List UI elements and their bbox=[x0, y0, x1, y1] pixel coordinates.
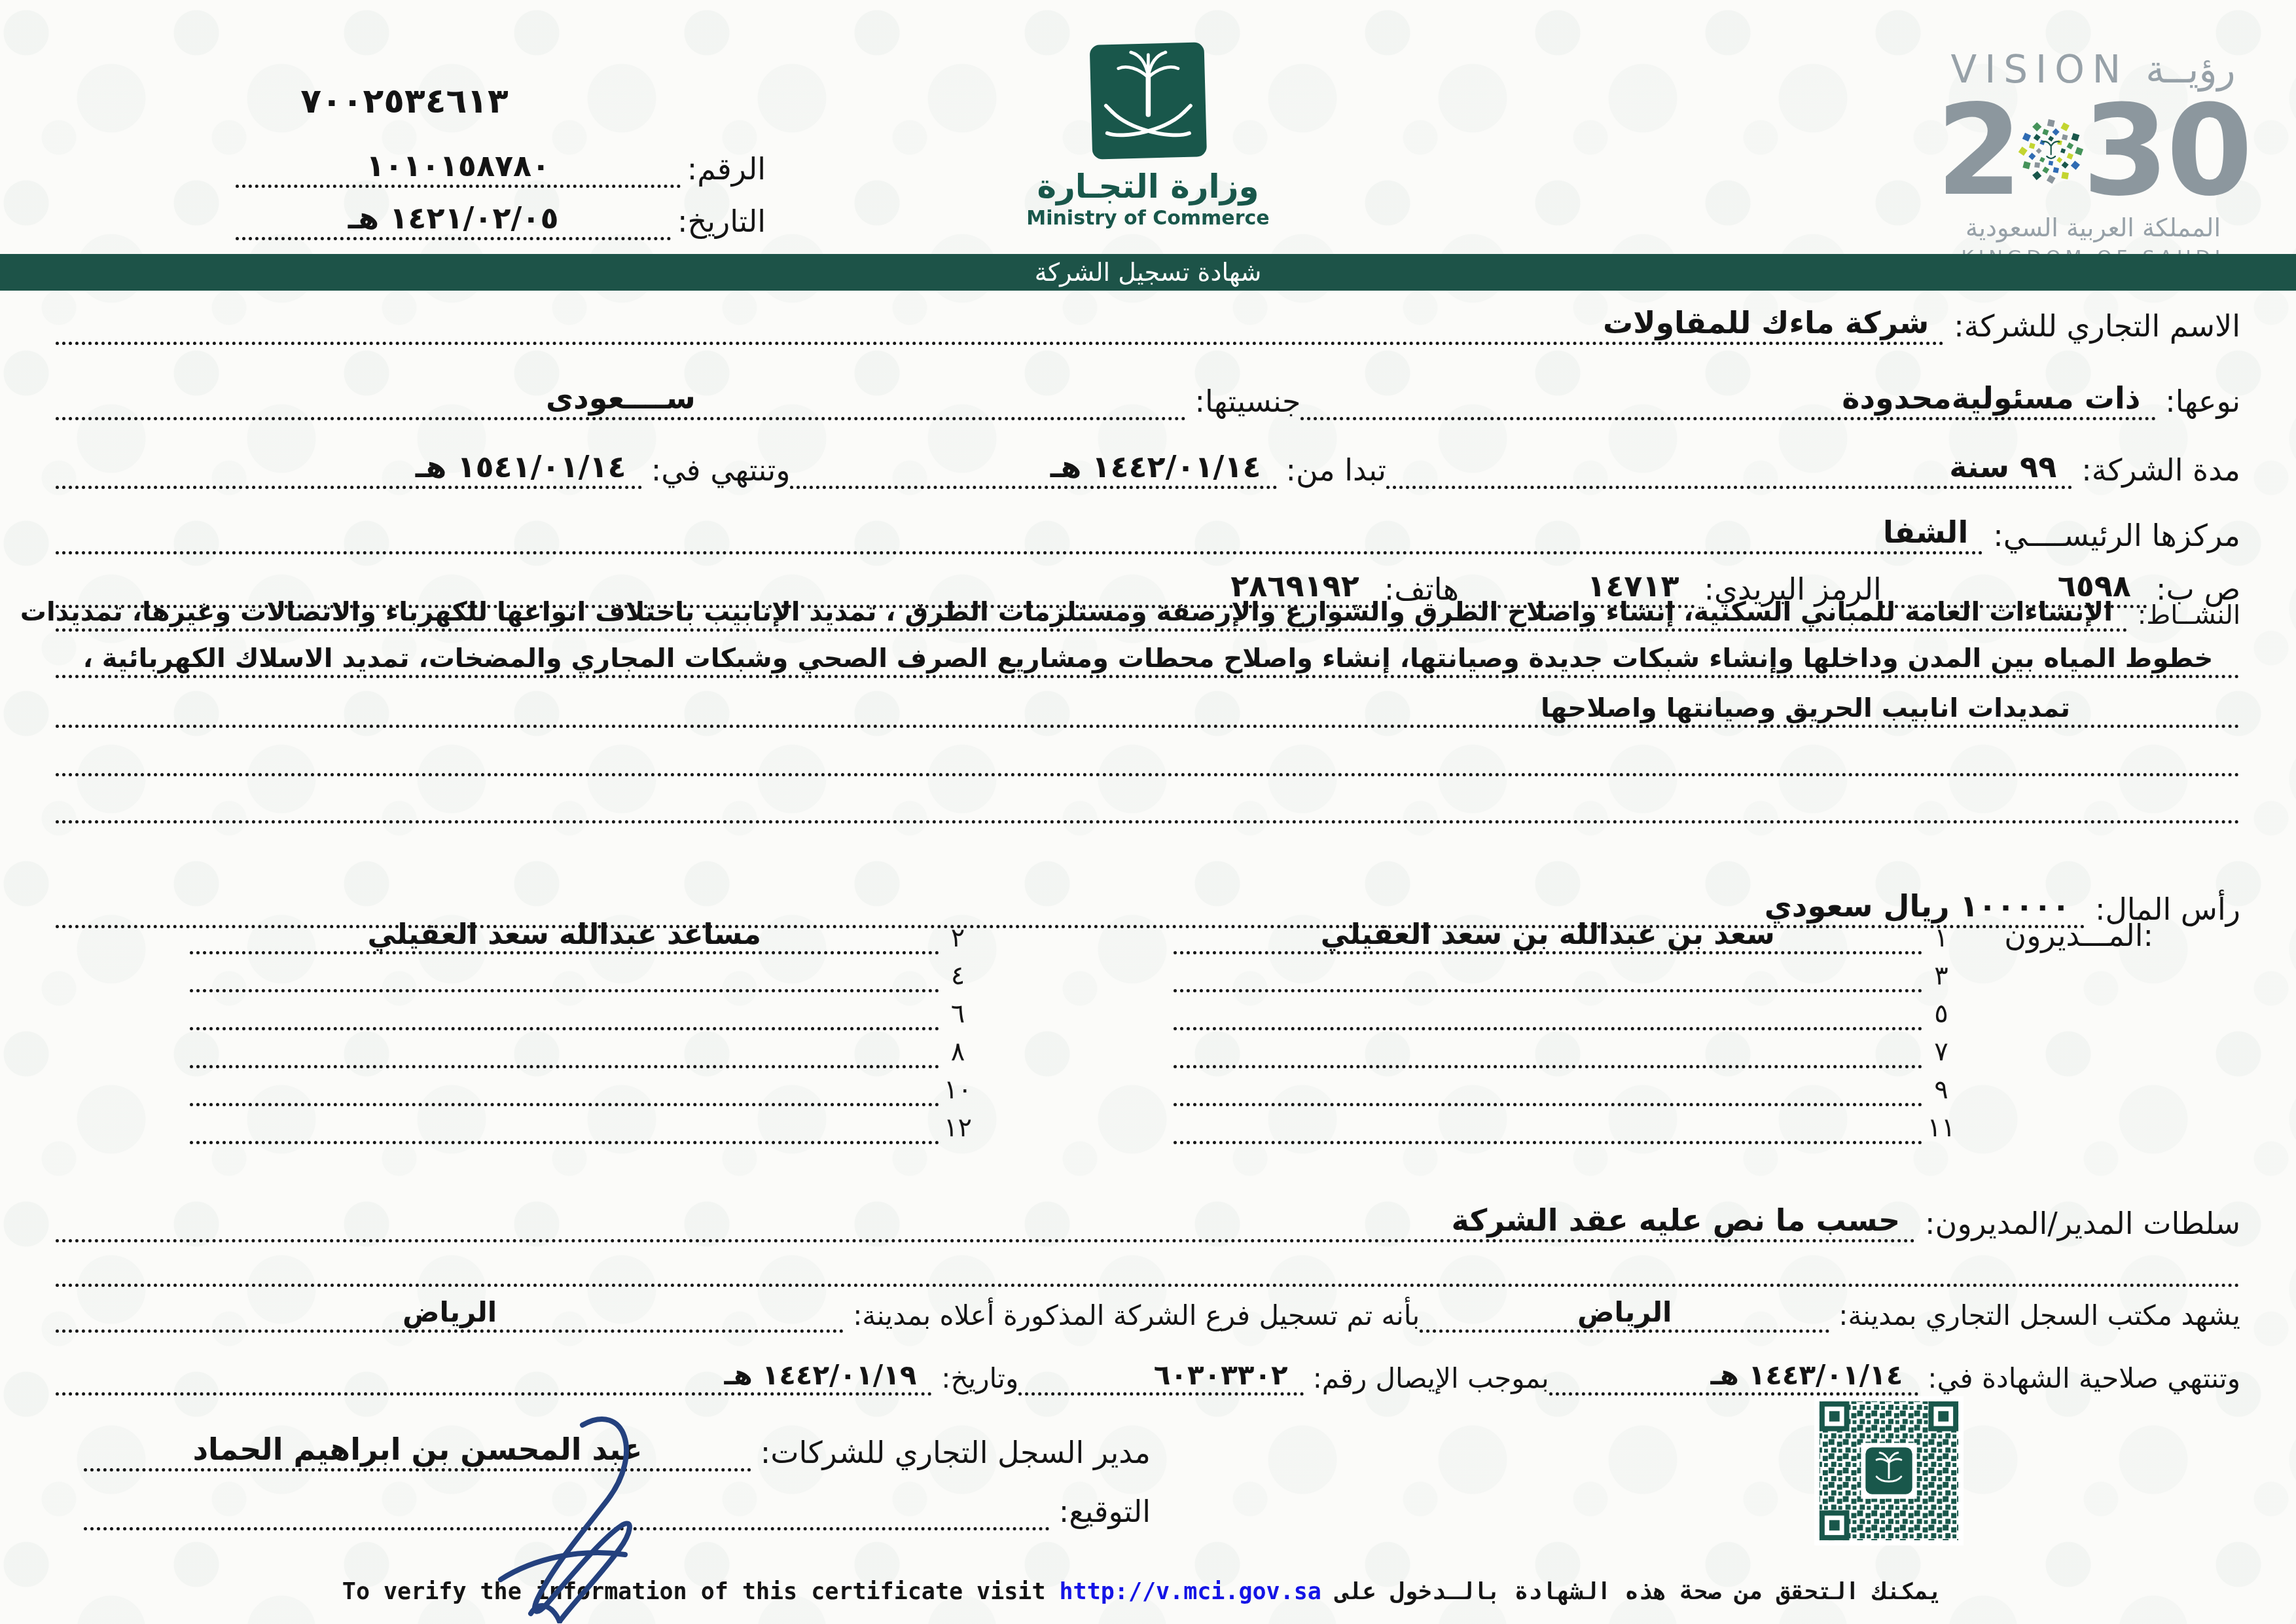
manager-name-field: سعد بن عبدالله بن سعد العقيلي bbox=[1174, 918, 1923, 954]
start-date-field: ١٤٤٢/٠١/١٤ هـ bbox=[790, 449, 1276, 489]
type-nationality-row: نوعها: ذات مسئوليةمحدودة جنسيتها: ســــع… bbox=[56, 372, 2240, 420]
duration-field: ٩٩ سنة bbox=[1386, 449, 2072, 489]
receipt-number-label: بموجب الإيصال رقم: bbox=[1304, 1362, 1549, 1396]
receipt-date-label: وتاريخ: bbox=[932, 1362, 1018, 1396]
branch-city: الرياض bbox=[403, 1296, 497, 1328]
manager-name-field bbox=[1174, 989, 1923, 992]
trade-name-field: شركة ماءك للمقاولات bbox=[56, 305, 1945, 345]
registry-office-label: يشهد مكتب السجل التجاري بمدينة: bbox=[1829, 1299, 2240, 1333]
nationality-field: ســــعودى bbox=[56, 380, 1186, 420]
ministry-name-arabic: وزارة التجـارة bbox=[1026, 168, 1269, 206]
managers-label: المـــديرون: bbox=[2004, 918, 2153, 953]
certificate-top-number: ٧٠٠٢٥٣٤٦١٣ bbox=[287, 82, 522, 121]
manager-number: ٧ bbox=[1922, 1037, 1960, 1068]
nationality-label: جنسيتها: bbox=[1186, 384, 1301, 420]
record-date-label: التاريخ: bbox=[671, 204, 766, 240]
manager-name-field bbox=[190, 1141, 939, 1144]
activity-row-2: خطوط المياه بين المدن وداخلها وإنشاء شبك… bbox=[56, 640, 2240, 678]
kingdom-name-arabic: المملكة العربية السعودية bbox=[1936, 213, 2250, 242]
manager-number: ٥ bbox=[1922, 999, 1960, 1030]
expiry-field: ١٤٤٣/٠١/١٤ هـ bbox=[1549, 1359, 1919, 1396]
ministry-name-english: Ministry of Commerce bbox=[1026, 207, 1269, 230]
managers-row: ٥ ٦ bbox=[190, 992, 1960, 1030]
dotted-line bbox=[56, 1282, 2240, 1287]
activity-line3-field: تمديدات انابيب الحريق وصيانتها واصلاحها bbox=[56, 693, 2240, 728]
verification-line: يمكنك التحقق من صحة هذه الشهادة بالـدخول… bbox=[0, 1579, 2296, 1605]
manager-number: ٩ bbox=[1922, 1075, 1960, 1106]
empty-dotted-line bbox=[56, 738, 2240, 776]
manager-number: ٦ bbox=[939, 999, 977, 1030]
activity-row-1: النشــاط: الإنشاءات العامة للمباني السكن… bbox=[56, 594, 2240, 632]
managers-grid: ١ سعد بن عبدالله بن سعد العقيلي ٢ مساعد … bbox=[190, 916, 1960, 1144]
type-value: ذات مسئوليةمحدودة bbox=[1842, 380, 2140, 416]
ministry-logo: وزارة التجـارة Ministry of Commerce bbox=[1026, 38, 1269, 230]
manager-number: ١١ bbox=[1922, 1113, 1960, 1144]
registrar-label: مدير السجل التجاري للشركات: bbox=[751, 1435, 1151, 1471]
head-office-label: مركزها الرئيســــي: bbox=[1984, 518, 2240, 554]
nationality-value: ســــعودى bbox=[546, 380, 696, 416]
vision-year-2: 2 bbox=[1936, 98, 2020, 204]
branch-registered-label: بأنه تم تسجيل فرع الشركة المذكورة أعلاه … bbox=[844, 1299, 1420, 1333]
duration-label: مدة الشركة: bbox=[2072, 452, 2240, 489]
activity-line1: الإنشاءات العامة للمباني السكنية، إنشاء … bbox=[20, 597, 2113, 627]
manager-number: ٣ bbox=[1922, 961, 1960, 992]
trade-name-value: شركة ماءك للمقاولات bbox=[1603, 305, 1929, 340]
managers-row: ١ سعد بن عبدالله بن سعد العقيلي ٢ مساعد … bbox=[190, 916, 1960, 954]
type-field: ذات مسئوليةمحدودة bbox=[1300, 380, 2156, 420]
record-number-row: الرقم: ١٠١٠١٥٨٧٨٠ bbox=[236, 135, 766, 188]
head-office-value: الشفا bbox=[1883, 514, 1968, 550]
vision-year: 2 bbox=[1936, 96, 2250, 207]
expiry-label: وتنتهي صلاحية الشهادة في: bbox=[1918, 1362, 2240, 1396]
head-office-row: مركزها الرئيســــي: الشفا bbox=[56, 509, 2240, 554]
verification-url-link[interactable]: http://v.mci.gov.sa bbox=[1060, 1579, 1321, 1605]
registry-office-city-field: الرياض bbox=[1420, 1296, 1829, 1333]
start-date-label: تبدا من: bbox=[1277, 452, 1386, 489]
manager-number: ٢ bbox=[939, 923, 977, 954]
manager-number: ١٠ bbox=[939, 1075, 977, 1106]
signature-label: التوقيع: bbox=[1050, 1494, 1151, 1530]
manager-name-field bbox=[190, 989, 939, 992]
vision-mosaic-icon bbox=[2016, 96, 2086, 207]
receipt-number-field: ٦٠٣٠٣٣٠٢ bbox=[1018, 1359, 1303, 1396]
dotted-line bbox=[56, 819, 2240, 823]
qr-code bbox=[1814, 1393, 1964, 1549]
managers-row: ٩ ١٠ bbox=[190, 1068, 1960, 1106]
verification-text-arabic: يمكنك التحقق من صحة هذه الشهادة بالـدخول… bbox=[1335, 1579, 1942, 1605]
activity-line3: تمديدات انابيب الحريق وصيانتها واصلاحها bbox=[1541, 693, 2070, 723]
manager-name-field bbox=[190, 1027, 939, 1030]
manager-number: ٨ bbox=[939, 1037, 977, 1068]
activity-label: النشــاط: bbox=[2128, 600, 2240, 632]
manager-name-field bbox=[190, 1103, 939, 1106]
end-date-value: ١٥٤١/٠١/١٤ هـ bbox=[416, 449, 626, 484]
header-numbers-block: ٧٠٠٢٥٣٤٦١٣ الرقم: ١٠١٠١٥٨٧٨٠ التاريخ: ١٤… bbox=[236, 82, 766, 240]
certificate-page: ٧٠٠٢٥٣٤٦١٣ الرقم: ١٠١٠١٥٨٧٨٠ التاريخ: ١٤… bbox=[0, 0, 2296, 1624]
record-number-value: ١٠١٠١٥٨٧٨٠ bbox=[236, 148, 681, 188]
qr-code-icon bbox=[1814, 1393, 1964, 1549]
record-date-value: ١٤٢١/٠٢/٠٥ هـ bbox=[236, 200, 671, 240]
branch-city-field: الرياض bbox=[56, 1296, 844, 1333]
manager-powers-value: حسب ما نص عليه عقد الشركة bbox=[1452, 1202, 1901, 1238]
manager-powers-field: حسب ما نص عليه عقد الشركة bbox=[56, 1202, 1916, 1242]
registration-row: يشهد مكتب السجل التجاري بمدينة: الرياض ب… bbox=[56, 1295, 2240, 1333]
activity-row-3: تمديدات انابيب الحريق وصيانتها واصلاحها bbox=[56, 687, 2240, 728]
managers-row: ٧ ٨ bbox=[190, 1030, 1960, 1068]
record-number-label: الرقم: bbox=[681, 151, 766, 188]
ministry-emblem-icon bbox=[1086, 38, 1210, 164]
manager-number: ١ bbox=[1922, 923, 1960, 954]
receipt-date-value: ١٤٤٢/٠١/١٩ هـ bbox=[724, 1359, 916, 1391]
manager-number: ٤ bbox=[939, 961, 977, 992]
end-date-field: ١٥٤١/٠١/١٤ هـ bbox=[56, 449, 642, 489]
receipt-number-value: ٦٠٣٠٣٣٠٢ bbox=[1154, 1359, 1288, 1391]
start-date-value: ١٤٤٢/٠١/١٤ هـ bbox=[1050, 449, 1261, 484]
vision-year-30: 30 bbox=[2083, 98, 2250, 204]
certificate-title-banner: شهادة تسجيل الشركة bbox=[0, 254, 2296, 291]
head-office-field: الشفا bbox=[56, 514, 1984, 554]
managers-row: ٣ ٤ bbox=[190, 954, 1960, 992]
registry-office-city: الرياض bbox=[1577, 1296, 1672, 1328]
empty-dotted-line bbox=[56, 785, 2240, 823]
manager-powers-row: سلطات المدير/المديرون: حسب ما نص عليه عق… bbox=[56, 1203, 2240, 1242]
type-label: نوعها: bbox=[2156, 384, 2240, 420]
signature bbox=[435, 1411, 697, 1623]
dotted-line bbox=[56, 772, 2240, 776]
activity-line2-field: خطوط المياه بين المدن وداخلها وإنشاء شبك… bbox=[56, 643, 2240, 678]
trade-name-row: الاسم التجاري للشركة: شركة ماءك للمقاولا… bbox=[56, 298, 2240, 345]
expiry-value: ١٤٤٣/٠١/١٤ هـ bbox=[1710, 1359, 1903, 1391]
validity-row: وتنتهي صلاحية الشهادة في: ١٤٤٣/٠١/١٤ هـ … bbox=[56, 1356, 2240, 1396]
certificate-title: شهادة تسجيل الشركة bbox=[1035, 258, 1262, 287]
record-date-row: التاريخ: ١٤٢١/٠٢/٠٥ هـ bbox=[236, 188, 766, 240]
trade-name-label: الاسم التجاري للشركة: bbox=[1945, 308, 2240, 345]
manager-number: ١٢ bbox=[939, 1113, 977, 1144]
activity-line1-field: الإنشاءات العامة للمباني السكنية، إنشاء … bbox=[56, 597, 2128, 632]
receipt-date-field: ١٤٤٢/٠١/١٩ هـ bbox=[56, 1359, 932, 1396]
duration-value: ٩٩ سنة bbox=[1949, 449, 2056, 484]
manager-powers-label: سلطات المدير/المديرون: bbox=[1916, 1206, 2240, 1242]
manager-name-field bbox=[1174, 1141, 1923, 1144]
manager-name-field bbox=[1174, 1027, 1923, 1030]
duration-row: مدة الشركة: ٩٩ سنة تبدا من: ١٤٤٢/٠١/١٤ ه… bbox=[56, 442, 2240, 489]
manager-name-field bbox=[1174, 1103, 1923, 1106]
managers-row: ١١ ١٢ bbox=[190, 1106, 1960, 1144]
activity-line2: خطوط المياه بين المدن وداخلها وإنشاء شبك… bbox=[83, 643, 2214, 674]
manager-name-field: مساعد عبدالله سعد العقيلي bbox=[190, 918, 939, 954]
manager-name-field bbox=[1174, 1065, 1923, 1068]
end-date-label: وتنتهي في: bbox=[642, 452, 791, 489]
empty-dotted-line bbox=[56, 1249, 2240, 1287]
manager-name-field bbox=[190, 1065, 939, 1068]
